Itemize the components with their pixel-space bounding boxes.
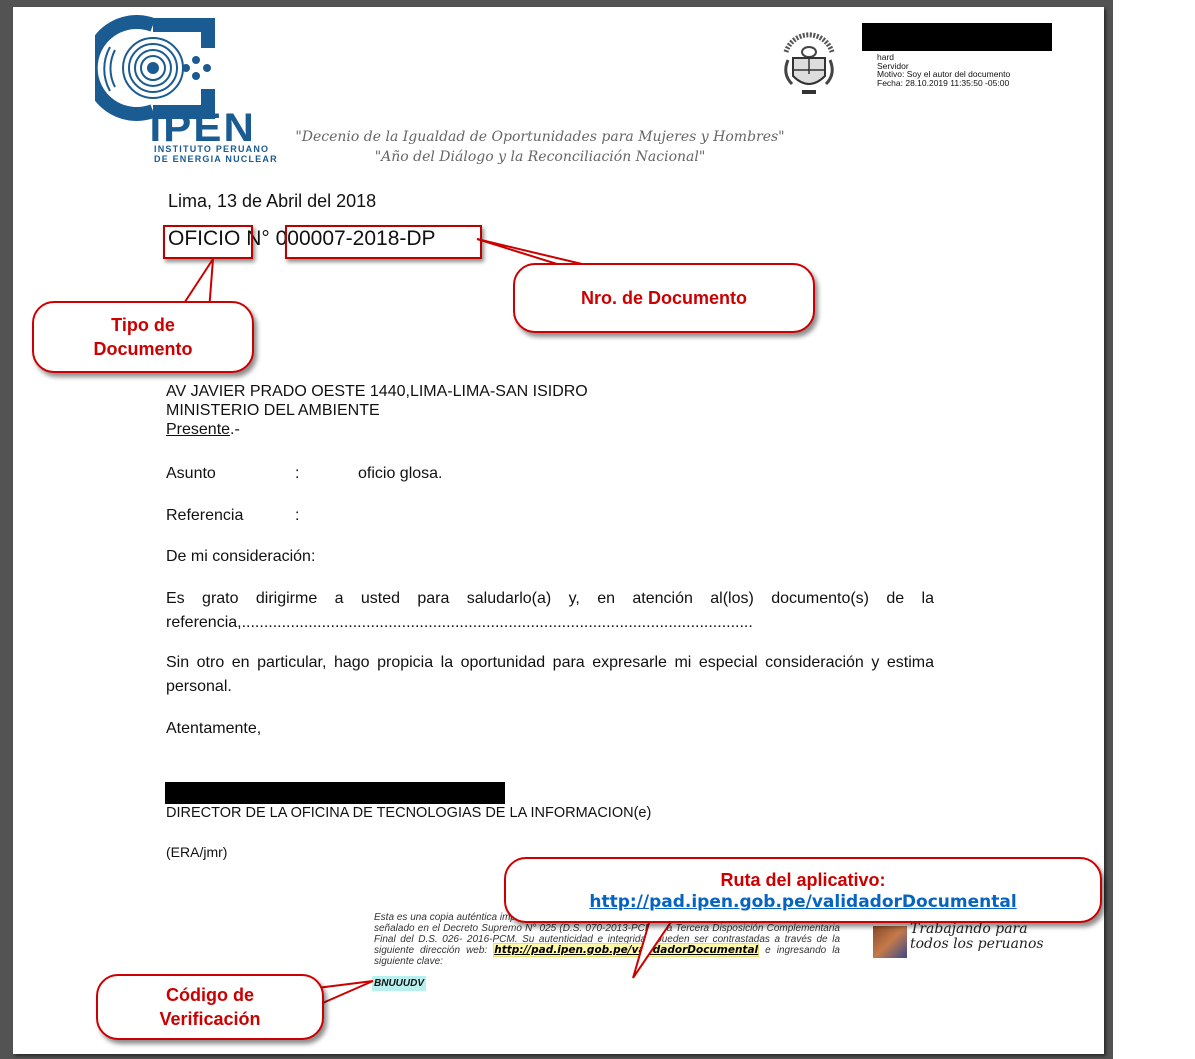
presente-suffix: .- (230, 421, 240, 438)
logo-subtitle-line1: INSTITUTO PERUANO (154, 144, 278, 154)
presente-label: Presente (166, 421, 230, 438)
callout-tipo-line2: Documento (94, 337, 193, 361)
callout-tipo-line1: Tipo de (111, 313, 175, 337)
address-line1: AV JAVIER PRADO OESTE 1440,LIMA-LIMA-SAN… (166, 382, 588, 401)
asunto-label: Asunto (166, 465, 216, 483)
document-number-highlight (285, 225, 482, 259)
children-photo-icon (873, 926, 907, 958)
paragraph-2: Sin otro en particular, hago propicia la… (166, 651, 934, 699)
address-line2: MINISTERIO DEL AMBIENTE (166, 401, 588, 420)
asunto-value: oficio glosa. (358, 465, 443, 483)
motto: "Decenio de la Igualdad de Oportunidades… (280, 127, 800, 167)
callout-nro-documento: Nro. de Documento (513, 263, 815, 333)
slogan: Trabajando para todos los peruanos (910, 922, 1044, 952)
referencia-colon: : (295, 507, 299, 525)
logo-subtitle-line2: DE ENERGIA NUCLEAR (154, 154, 278, 164)
greeting: De mi consideración: (166, 545, 934, 569)
referencia-label: Referencia (166, 507, 243, 525)
initials: (ERA/jmr) (166, 844, 227, 860)
signer-name-redacted (165, 782, 505, 804)
paragraph-1: Es grato dirigirme a usted para saludarl… (166, 587, 934, 635)
callout-codigo-line2: Verificación (159, 1007, 260, 1031)
presente: Presente.- (166, 420, 588, 439)
signer-name-redacted (862, 23, 1052, 51)
callout-tipo-documento: Tipo de Documento (32, 301, 254, 373)
callout-ruta-aplicativo: Ruta del aplicativo: http://pad.ipen.gob… (504, 857, 1102, 923)
asunto-colon: : (295, 465, 299, 483)
document-date: Lima, 13 de Abril del 2018 (168, 191, 376, 212)
signature-date: Fecha: 28.10.2019 11:35:50 -05:00 (877, 79, 1010, 88)
slogan-line1: Trabajando para (910, 922, 1044, 937)
closing: Atentamente, (166, 717, 934, 741)
motto-line1: "Decenio de la Igualdad de Oportunidades… (280, 127, 800, 147)
logo-title: IPEN (149, 108, 255, 148)
signer-title: DIRECTOR DE LA OFICINA DE TECNOLOGIAS DE… (166, 805, 651, 821)
callout-nro-label: Nro. de Documento (581, 286, 747, 310)
callout-codigo-verificacion: Código de Verificación (96, 974, 324, 1040)
validator-url-link[interactable]: http://pad.ipen.gob.pe/validadorDocument… (589, 892, 1016, 912)
slogan-line2: todos los peruanos (910, 937, 1044, 952)
callout-ruta-label: Ruta del aplicativo: (720, 868, 885, 892)
logo-subtitle: INSTITUTO PERUANO DE ENERGIA NUCLEAR (154, 144, 278, 164)
peru-coat-of-arms-icon (778, 30, 840, 98)
motto-line2: "Año del Diálogo y la Reconciliación Nac… (280, 147, 800, 167)
document-page: IPEN INSTITUTO PERUANO DE ENERGIA NUCLEA… (13, 7, 1104, 1054)
recipient-address: AV JAVIER PRADO OESTE 1440,LIMA-LIMA-SAN… (166, 382, 588, 439)
digital-signature-info: hard Servidor Motivo: Soy el autor del d… (877, 53, 1010, 87)
callout-codigo-line1: Código de (166, 983, 254, 1007)
